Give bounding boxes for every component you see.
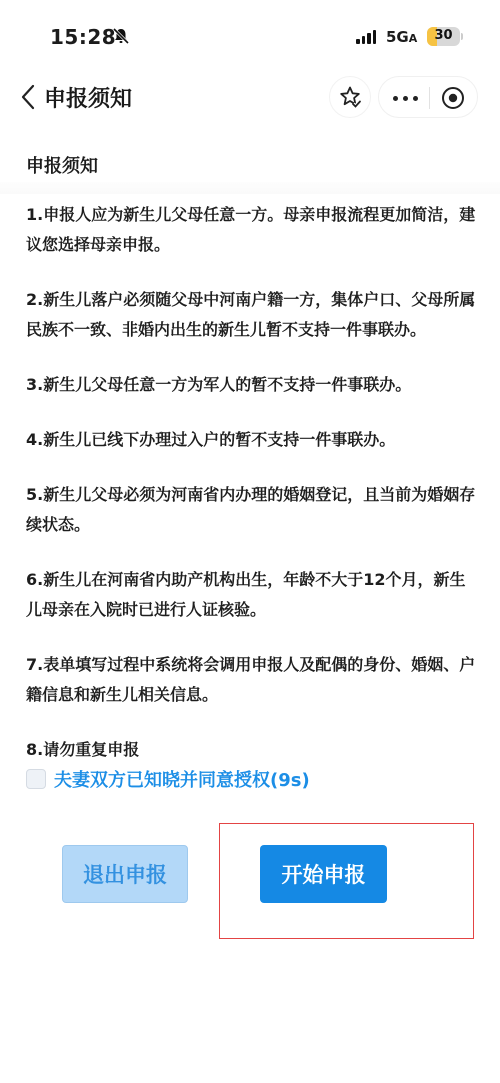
nav-title: 申报须知	[44, 82, 132, 113]
notice-item: 3.新生儿父母任意一方为军人的暂不支持一件事联办。	[26, 370, 478, 400]
status-time: 15:28	[50, 25, 116, 49]
consent-checkbox[interactable]	[26, 769, 46, 789]
header-divider	[0, 182, 500, 194]
notice-item: 2.新生儿落户必须随父母中河南户籍一方，集体户口、父母所属民族不一致、非婚内出生…	[26, 285, 478, 345]
notice-item: 4.新生儿已线下办理过入户的暂不支持一件事联办。	[26, 425, 478, 455]
consent-row[interactable]: 夫妻双方已知晓并同意授权(9s)	[26, 766, 310, 792]
notice-item: 6.新生儿在河南省内助产机构出生，年龄不大于12个月，新生儿母亲在入院时已进行人…	[26, 565, 478, 625]
notice-item: 7.表单填写过程中系统将会调用申报人及配偶的身份、婚姻、户籍信息和新生儿相关信息…	[26, 650, 478, 710]
nav-bar: 申报须知	[0, 70, 500, 126]
close-target-icon[interactable]	[441, 86, 465, 110]
notice-list: 1.申报人应为新生儿父母任意一方。母亲申报流程更加简洁，建议您选择母亲申报。 2…	[26, 200, 478, 790]
start-button[interactable]: 开始申报	[260, 845, 387, 903]
battery-level: 30	[427, 28, 460, 43]
consent-label[interactable]: 夫妻双方已知晓并同意授权(9s)	[54, 766, 310, 792]
favorite-button[interactable]	[329, 76, 371, 118]
more-icon[interactable]	[393, 96, 418, 101]
back-chevron-icon[interactable]	[18, 82, 38, 112]
section-title: 申报须知	[26, 152, 98, 178]
notice-item: 5.新生儿父母必须为河南省内办理的婚姻登记，且当前为婚姻存续状态。	[26, 480, 478, 540]
miniprogram-capsule	[378, 76, 478, 118]
capsule-divider	[429, 87, 430, 109]
battery-icon: 30	[427, 27, 460, 46]
signal-icon	[356, 30, 376, 44]
star-check-icon	[338, 85, 362, 109]
exit-button[interactable]: 退出申报	[62, 845, 188, 903]
bell-muted-icon	[112, 27, 130, 45]
status-bar: 15:28 5GA 30	[0, 0, 500, 70]
battery-tip	[461, 33, 463, 40]
notice-item: 8.请勿重复申报	[26, 735, 478, 765]
network-type: 5GA	[386, 28, 417, 46]
notice-item: 1.申报人应为新生儿父母任意一方。母亲申报流程更加简洁，建议您选择母亲申报。	[26, 200, 478, 260]
